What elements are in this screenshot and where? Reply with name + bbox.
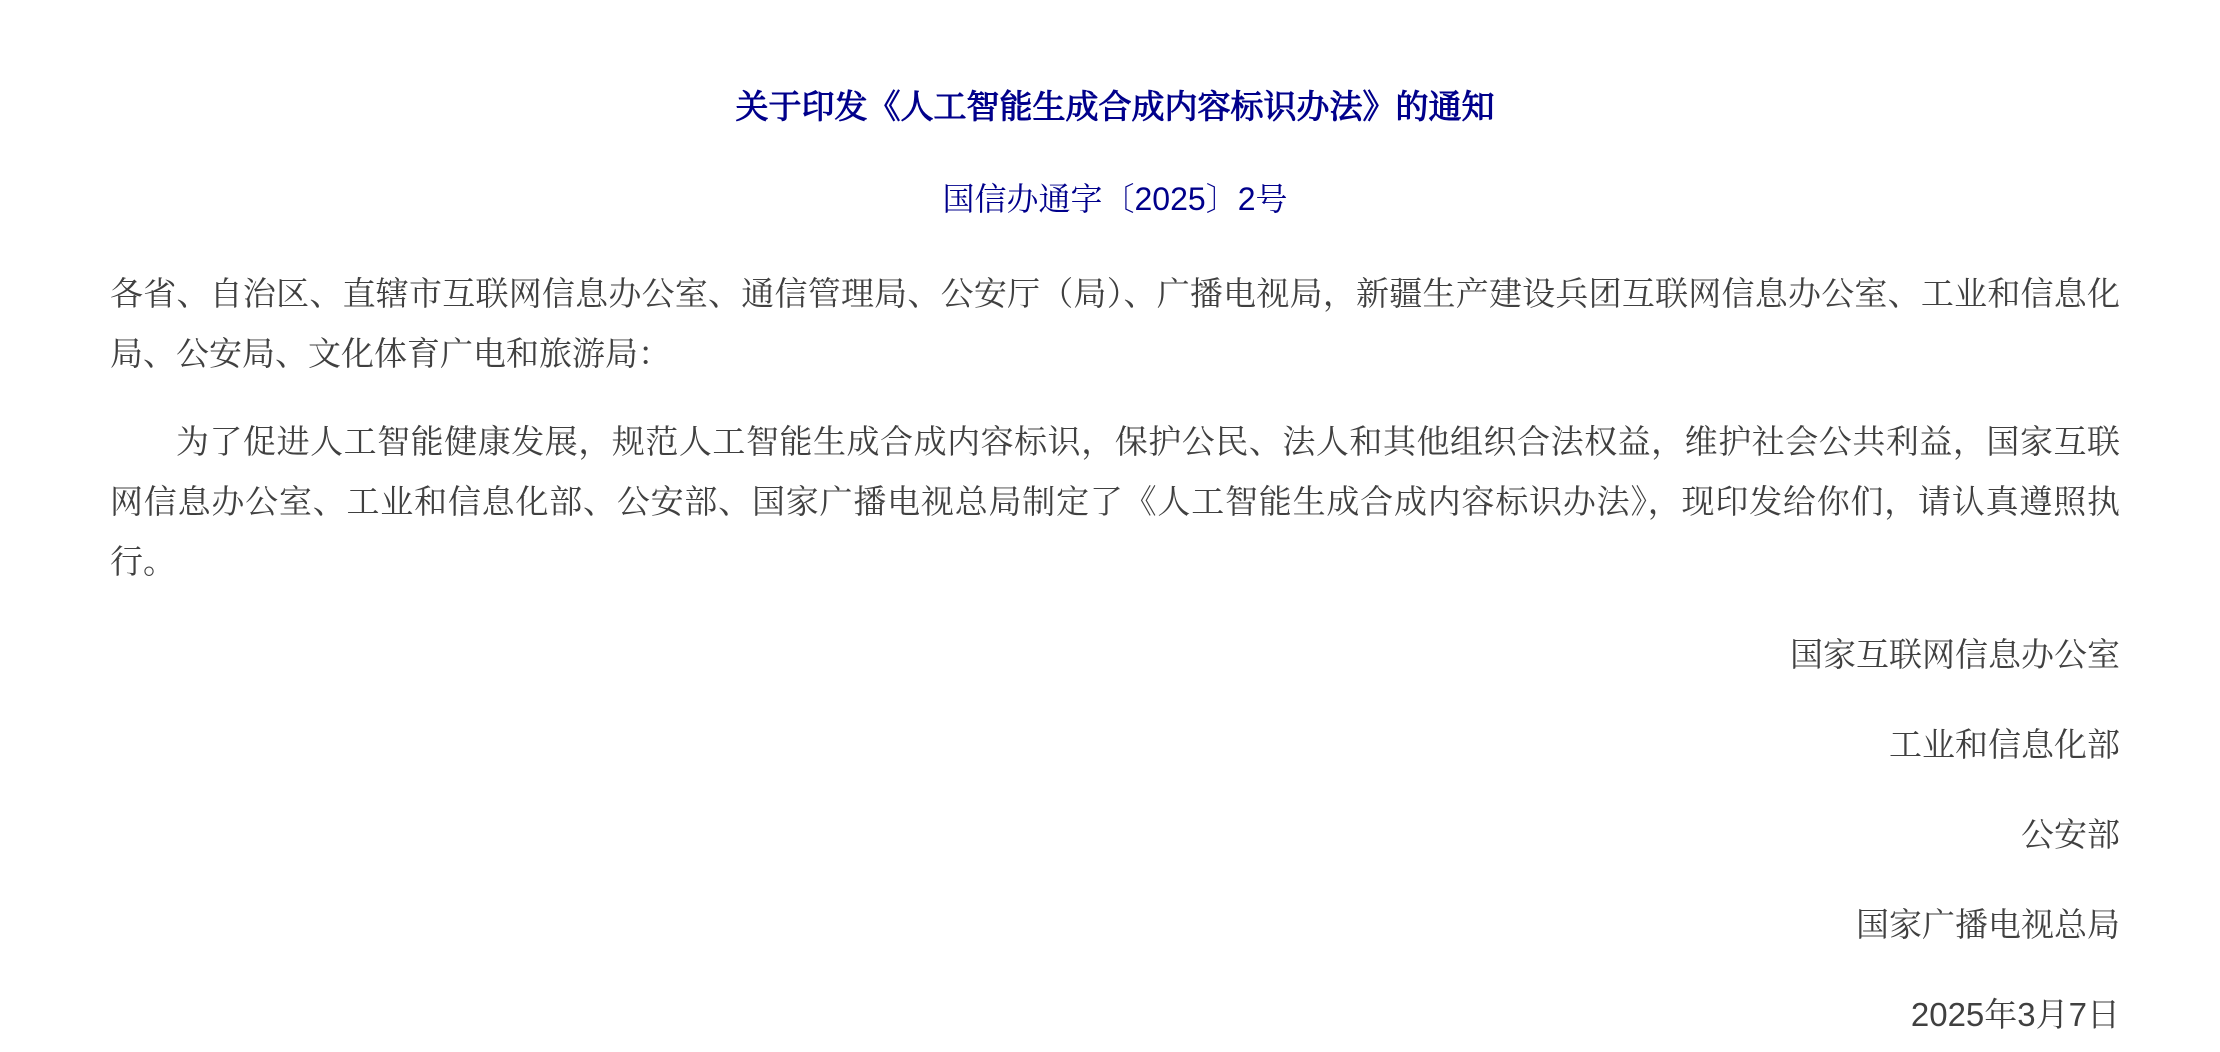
salutation-paragraph: 各省、自治区、直辖市互联网信息办公室、通信管理局、公安厅（局）、广播电视局，新疆… — [110, 264, 2120, 384]
signature-block: 国家互联网信息办公室 工业和信息化部 公安部 国家广播电视总局 2025年3月7… — [110, 610, 2120, 1052]
signatory-ministry-public-security: 公安部 — [110, 790, 2120, 880]
document-title: 关于印发《人工智能生成合成内容标识办法》的通知 — [110, 85, 2120, 129]
signatory-radio-tv-administration: 国家广播电视总局 — [110, 880, 2120, 970]
issue-date: 2025年3月7日 — [110, 970, 2120, 1052]
notice-document: 关于印发《人工智能生成合成内容标识办法》的通知 国信办通字〔2025〕2号 各省… — [0, 0, 2220, 1052]
body-paragraph: 为了促进人工智能健康发展，规范人工智能生成合成内容标识，保护公民、法人和其他组织… — [110, 412, 2120, 592]
signatory-ministry-industry-information: 工业和信息化部 — [110, 700, 2120, 790]
document-number: 国信办通字〔2025〕2号 — [110, 179, 2120, 219]
signatory-cyberspace-administration: 国家互联网信息办公室 — [110, 610, 2120, 700]
